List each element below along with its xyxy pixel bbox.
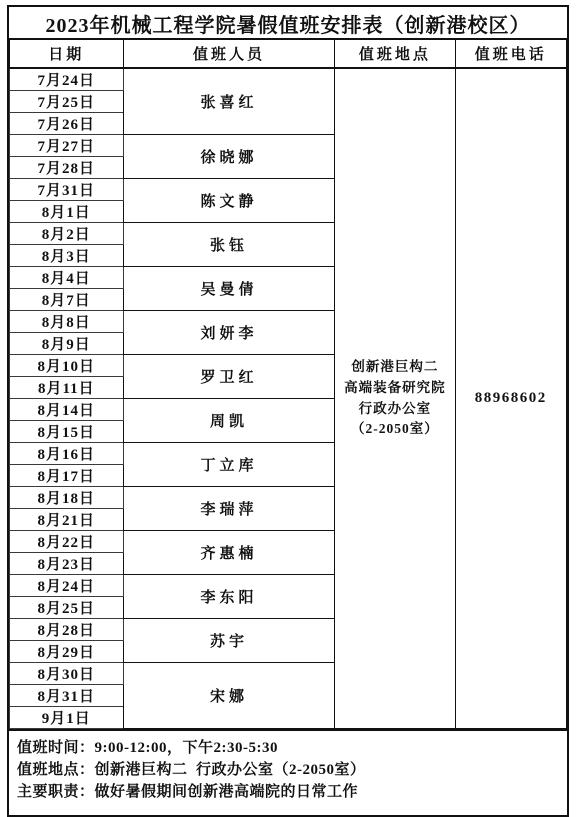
person-cell: 宋娜 [123,663,335,729]
schedule-table: 2023年机械工程学院暑假值班安排表（创新港校区） 日期 值班人员 值班地点 值… [9,7,567,729]
person-cell: 刘妍李 [123,311,335,355]
date-cell: 8月1日 [10,201,124,223]
note-duty-location: 值班地点：创新港巨构二 行政办公室（2-2050室） [17,760,558,782]
date-cell: 8月28日 [10,619,124,641]
date-cell: 8月22日 [10,531,124,553]
note-duty-time: 值班时间：9:00-12:00，下午2:30-5:30 [17,738,558,760]
date-cell: 7月27日 [10,135,124,157]
duty-schedule-sheet: 2023年机械工程学院暑假值班安排表（创新港校区） 日期 值班人员 值班地点 值… [7,5,569,817]
date-cell: 8月24日 [10,575,124,597]
location-line: 创新港巨构二 [335,357,454,378]
date-cell: 8月2日 [10,223,124,245]
date-cell: 7月26日 [10,113,124,135]
date-cell: 8月17日 [10,465,124,487]
date-cell: 8月18日 [10,487,124,509]
date-cell: 8月8日 [10,311,124,333]
date-cell: 8月4日 [10,267,124,289]
date-cell: 8月11日 [10,377,124,399]
person-cell: 张喜红 [123,68,335,135]
person-cell: 陈文静 [123,179,335,223]
date-cell: 7月28日 [10,157,124,179]
location-line: 行政办公室 [335,399,454,420]
column-header-location: 值班地点 [335,39,455,68]
date-cell: 8月7日 [10,289,124,311]
person-cell: 徐晓娜 [123,135,335,179]
date-cell: 8月15日 [10,421,124,443]
date-cell: 7月24日 [10,68,124,91]
date-cell: 7月31日 [10,179,124,201]
location-line: 高端装备研究院 [335,378,454,399]
person-cell: 丁立库 [123,443,335,487]
column-header-person: 值班人员 [123,39,335,68]
date-cell: 8月31日 [10,685,124,707]
date-cell: 8月10日 [10,355,124,377]
page-title: 2023年机械工程学院暑假值班安排表（创新港校区） [10,7,567,39]
date-cell: 8月30日 [10,663,124,685]
date-cell: 8月16日 [10,443,124,465]
notes-section: 值班时间：9:00-12:00，下午2:30-5:30 值班地点：创新港巨构二 … [9,729,567,815]
location-cell: 创新港巨构二高端装备研究院行政办公室（2-2050室） [335,68,455,729]
date-cell: 8月21日 [10,509,124,531]
person-cell: 苏宇 [123,619,335,663]
column-header-date: 日期 [10,39,124,68]
person-cell: 齐惠楠 [123,531,335,575]
phone-cell: 88968602 [455,68,566,729]
date-cell: 8月29日 [10,641,124,663]
date-cell: 8月3日 [10,245,124,267]
date-cell: 8月14日 [10,399,124,421]
date-cell: 8月23日 [10,553,124,575]
schedule-body: 7月24日张喜红创新港巨构二高端装备研究院行政办公室（2-2050室）88968… [10,68,567,729]
date-cell: 8月9日 [10,333,124,355]
person-cell: 李东阳 [123,575,335,619]
person-cell: 罗卫红 [123,355,335,399]
column-header-phone: 值班电话 [455,39,566,68]
person-cell: 张钰 [123,223,335,267]
location-line: （2-2050室） [335,419,454,440]
header-row: 日期 值班人员 值班地点 值班电话 [10,39,567,68]
person-cell: 吴曼倩 [123,267,335,311]
table-row: 7月24日张喜红创新港巨构二高端装备研究院行政办公室（2-2050室）88968… [10,68,567,91]
title-row: 2023年机械工程学院暑假值班安排表（创新港校区） [10,7,567,39]
note-main-duties: 主要职责：做好暑假期间创新港高端院的日常工作 [17,782,558,804]
person-cell: 李瑞萍 [123,487,335,531]
person-cell: 周凯 [123,399,335,443]
date-cell: 8月25日 [10,597,124,619]
date-cell: 9月1日 [10,707,124,729]
date-cell: 7月25日 [10,91,124,113]
